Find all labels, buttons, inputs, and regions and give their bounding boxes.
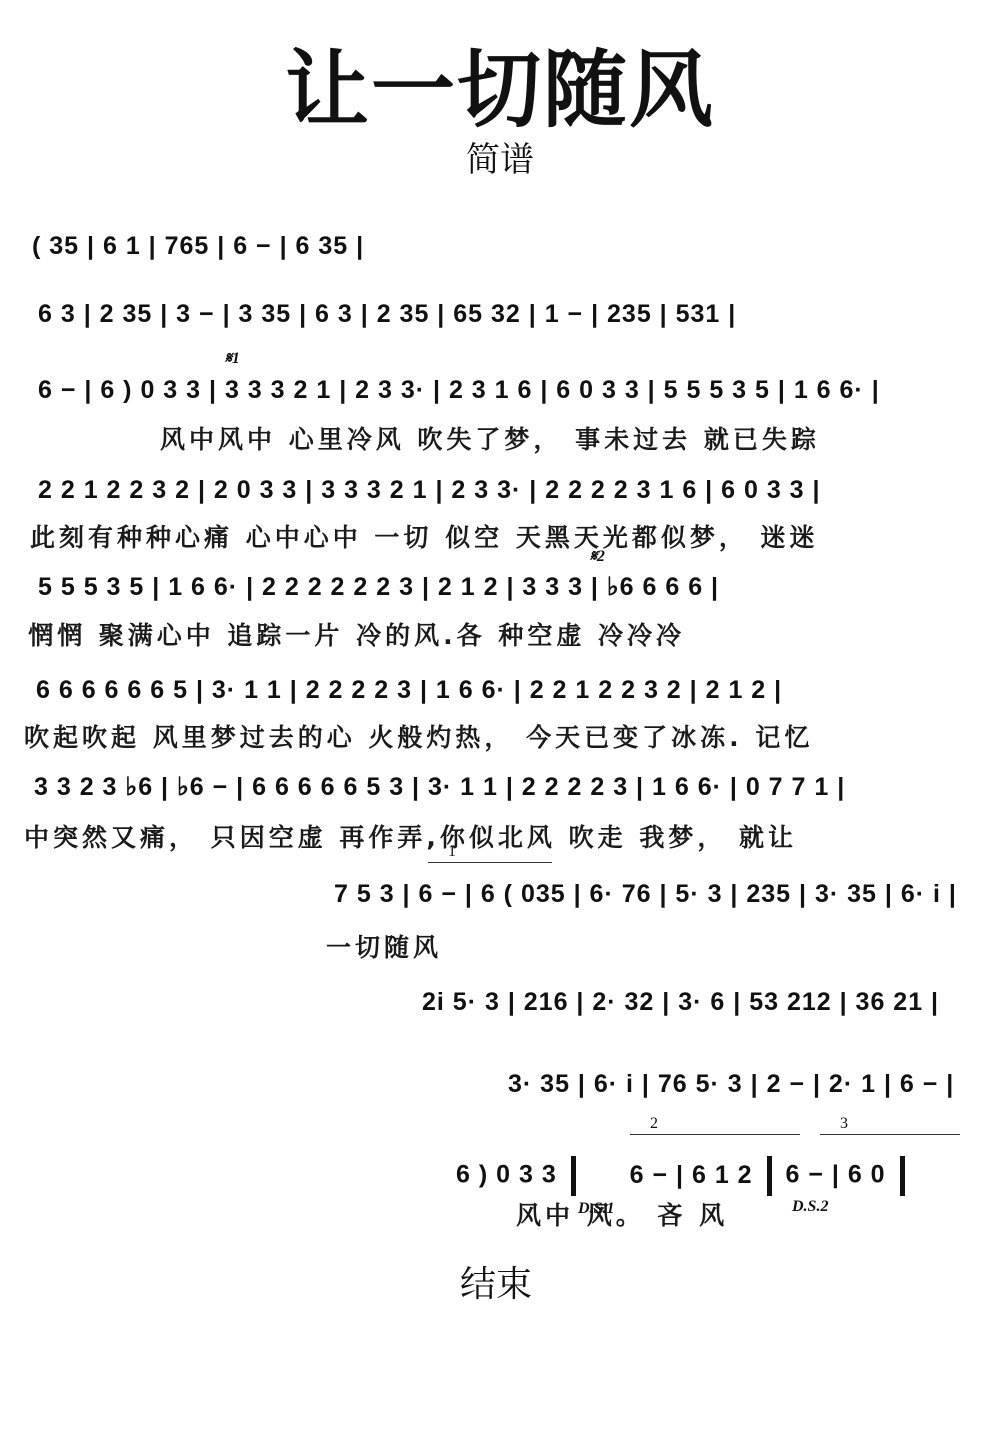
lyrics-line-7: 中突然又痛， 只因空虚 再作弄,你似北风 吹走 我梦， 就让 — [24, 818, 797, 854]
notation-line-6: 6 6 6 6 6 6 5 | 3· 1 1 | 2 2 2 2 3 | 1 6… — [36, 676, 782, 705]
notation-line-5: 5 5 5 3 5 | 1 6 6· | 2 2 2 2 2 2 3 | 2 1… — [38, 572, 719, 602]
notation-segment-a: 6 ) 0 3 3 — [456, 1161, 557, 1189]
lyrics-line-3: 风中风中 心里冷风 吹失了梦， 事未过去 就已失踪 — [160, 420, 820, 456]
ds2-mark: D.S.2 — [792, 1198, 828, 1216]
notation-segment-c: 6 − | 6 0 — [786, 1161, 886, 1189]
subtitle: 简谱 — [0, 138, 1000, 182]
volta-1-bracket: 1 — [428, 862, 552, 873]
ds1-mark: D.S.1 — [578, 1200, 614, 1218]
notation-line-7: 3 3 2 3 ♭6 | ♭6 − | 6 6 6 6 6 5 3 | 3· 1… — [34, 772, 845, 802]
notation-line-9: 2i 5· 3 | 216 | 2· 32 | 3· 6 | 53 212 | … — [422, 988, 939, 1017]
notation-line-8: 7 5 3 | 6 − | 6 ( 035 | 6· 76 | 5· 3 | 2… — [334, 880, 957, 909]
notation-line-1: ( 35 | 6 1 | 765 | 6 − | 6 35 | — [32, 232, 364, 261]
segno-2-mark: 𝄋2 — [590, 548, 605, 566]
song-title: 让一切随风 — [0, 40, 1000, 140]
volta-2-number: 2 — [650, 1115, 658, 1133]
repeat-barline — [571, 1156, 576, 1196]
lyrics-line-5: 惘惘 聚满心中 追踪一片 冷的风.各 种空虚 冷冷冷 — [28, 616, 685, 652]
volta-2-bracket: 2 — [630, 1134, 800, 1145]
volta-3-number: 3 — [840, 1115, 848, 1133]
lyrics-line-4: 此刻有种种心痛 心中心中 一切 似空 天黑天光都似梦， 迷迷 — [30, 518, 819, 554]
ending-label: 结束 — [460, 1262, 532, 1308]
volta-3-bracket: 3 — [820, 1134, 960, 1145]
notation-line-10: 3· 35 | 6· i | 76 5· 3 | 2 − | 2· 1 | 6 … — [508, 1070, 954, 1099]
notation-line-11: 6 ) 0 3 3 6 − | 6 1 2 6 − | 6 0 — [456, 1156, 911, 1196]
notation-segment-b: 6 − | 6 1 2 — [630, 1161, 753, 1189]
volta-barline — [767, 1156, 772, 1196]
notation-line-4: 2 2 1 2 2 3 2 | 2 0 3 3 | 3 3 3 2 1 | 2 … — [38, 476, 821, 505]
final-barline — [900, 1156, 905, 1196]
lyrics-line-6: 吹起吹起 风里梦过去的心 火般灼热， 今天已变了冰冻. 记忆 — [24, 718, 813, 754]
volta-1-number: 1 — [448, 843, 456, 861]
notation-line-3: 6 − | 6 ) 0 3 3 | 3 3 3 2 1 | 2 3 3· | 2… — [38, 376, 880, 405]
lyrics-line-11: 风中 风。 吝 风 — [516, 1196, 728, 1232]
lyrics-line-8: 一切随风 — [326, 928, 442, 964]
notation-line-2: 6 3 | 2 35 | 3 − | 3 35 | 6 3 | 2 35 | 6… — [38, 300, 736, 329]
segno-1-mark: 𝄋1 — [225, 350, 240, 368]
